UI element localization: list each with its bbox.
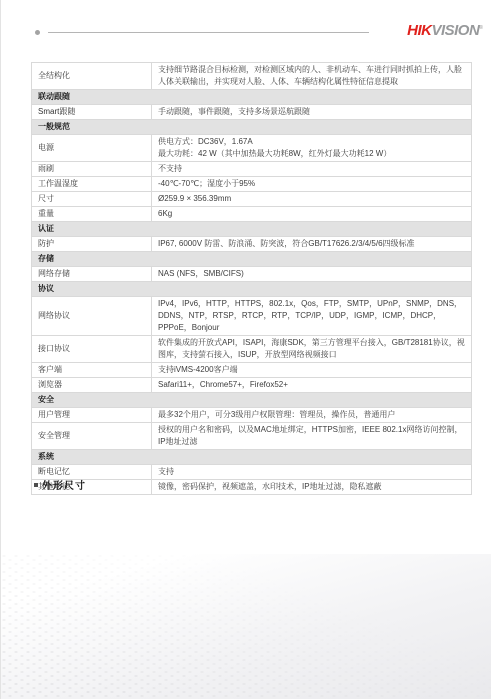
- spec-value: IP67, 6000V 防雷、防浪涌、防突波，符合GB/T17626.2/3/4…: [152, 237, 472, 252]
- section-row: 安全: [32, 393, 472, 408]
- spec-label: 重量: [32, 207, 152, 222]
- spec-label: 工作温湿度: [32, 177, 152, 192]
- spec-label: 电源: [32, 135, 152, 162]
- logo-vision-text: VISION: [431, 22, 479, 39]
- table-row: 其他功能镜像，密码保护，视频遮盖，水印技术，IP地址过滤，隐私遮蔽: [32, 480, 472, 495]
- table-row: 全结构化支持细节路混合目标检测，对检测区域内的人、非机动车、车进行同时抓拍上传，…: [32, 63, 472, 90]
- section-row: 存储: [32, 252, 472, 267]
- table-row: 电源供电方式：DC36V，1.67A 最大功耗：42 W（其中加热最大功耗8W，…: [32, 135, 472, 162]
- section-row: 联动跟随: [32, 90, 472, 105]
- table-row: 工作温湿度-40℃-70℃；湿度小于95%: [32, 177, 472, 192]
- spec-label: 防护: [32, 237, 152, 252]
- spec-value: 支持细节路混合目标检测，对检测区域内的人、非机动车、车进行同时抓拍上传，人脸人体…: [152, 63, 472, 90]
- spec-table-body: 全结构化支持细节路混合目标检测，对检测区域内的人、非机动车、车进行同时抓拍上传，…: [32, 63, 472, 495]
- table-row: 安全管理授权的用户名和密码，以及MAC地址绑定，HTTPS加密，IEEE 802…: [32, 423, 472, 450]
- spec-label: Smart跟随: [32, 105, 152, 120]
- table-row: 断电记忆支持: [32, 465, 472, 480]
- table-row: 雨刷不支持: [32, 162, 472, 177]
- spec-label: 网络存储: [32, 267, 152, 282]
- table-row: 尺寸Ø259.9 × 356.39mm: [32, 192, 472, 207]
- spec-value: 授权的用户名和密码，以及MAC地址绑定，HTTPS加密，IEEE 802.1x网…: [152, 423, 472, 450]
- table-row: 浏览器Safari11+，Chrome57+，Firefox52+: [32, 378, 472, 393]
- bullet-dot-icon: [35, 30, 40, 35]
- section-row: 协议: [32, 282, 472, 297]
- section-label: 联动跟随: [32, 90, 472, 105]
- registered-mark-icon: ®: [479, 25, 483, 31]
- table-row: 用户管理最多32个用户，可分3级用户权限管理：管理员，操作员，普通用户: [32, 408, 472, 423]
- spec-table: 全结构化支持细节路混合目标检测，对检测区域内的人、非机动车、车进行同时抓拍上传，…: [31, 62, 472, 495]
- spec-value: 支持iVMS-4200客户端: [152, 363, 472, 378]
- table-row: 重量6Kg: [32, 207, 472, 222]
- spec-label: 安全管理: [32, 423, 152, 450]
- spec-label: 浏览器: [32, 378, 152, 393]
- section-label: 协议: [32, 282, 472, 297]
- table-row: Smart跟随手动跟随，事件跟随，支持多场景巡航跟随: [32, 105, 472, 120]
- spec-label: 用户管理: [32, 408, 152, 423]
- hikvision-logo: HIKVISION®: [407, 22, 483, 39]
- section-label: 系统: [32, 450, 472, 465]
- section-heading: 外形尺寸: [34, 477, 86, 492]
- page-header: HIKVISION®: [1, 20, 491, 46]
- spec-value: NAS (NFS，SMB/CIFS): [152, 267, 472, 282]
- table-row: 防护IP67, 6000V 防雷、防浪涌、防突波，符合GB/T17626.2/3…: [32, 237, 472, 252]
- table-row: 接口协议软件集成的开放式API，ISAPI，海康SDK，第三方管理平台接入，GB…: [32, 336, 472, 363]
- spec-label: 雨刷: [32, 162, 152, 177]
- section-row: 系统: [32, 450, 472, 465]
- square-bullet-icon: [34, 483, 38, 487]
- spec-label: 尺寸: [32, 192, 152, 207]
- spec-label: 客户端: [32, 363, 152, 378]
- section-row: 一般规范: [32, 120, 472, 135]
- logo-hik-text: HIK: [407, 22, 431, 39]
- spec-label: 接口协议: [32, 336, 152, 363]
- table-row: 网络存储NAS (NFS，SMB/CIFS): [32, 267, 472, 282]
- section-label: 安全: [32, 393, 472, 408]
- header-divider-line: [48, 32, 369, 33]
- section-label: 认证: [32, 222, 472, 237]
- document-page: HIKVISION® 全结构化支持细节路混合目标检测，对检测区域内的人、非机动车…: [0, 0, 491, 699]
- spec-value: 不支持: [152, 162, 472, 177]
- spec-value: 手动跟随，事件跟随，支持多场景巡航跟随: [152, 105, 472, 120]
- spec-value: 软件集成的开放式API，ISAPI，海康SDK，第三方管理平台接入，GB/T28…: [152, 336, 472, 363]
- spec-value: 镜像，密码保护，视频遮盖，水印技术，IP地址过滤，隐私遮蔽: [152, 480, 472, 495]
- spec-label: 全结构化: [32, 63, 152, 90]
- halftone-dots-pattern: [1, 554, 491, 699]
- spec-value: 6Kg: [152, 207, 472, 222]
- section-heading-label: 外形尺寸: [42, 477, 86, 492]
- background-pattern: [1, 554, 491, 699]
- spec-value: 最多32个用户，可分3级用户权限管理：管理员，操作员，普通用户: [152, 408, 472, 423]
- spec-value: -40℃-70℃；湿度小于95%: [152, 177, 472, 192]
- section-row: 认证: [32, 222, 472, 237]
- spec-value: 供电方式：DC36V，1.67A 最大功耗：42 W（其中加热最大功耗8W，红外…: [152, 135, 472, 162]
- section-label: 存储: [32, 252, 472, 267]
- spec-value: 支持: [152, 465, 472, 480]
- table-row: 网络协议IPv4，IPv6，HTTP，HTTPS，802.1x，Qos，FTP，…: [32, 297, 472, 336]
- spec-value: Safari11+，Chrome57+，Firefox52+: [152, 378, 472, 393]
- section-label: 一般规范: [32, 120, 472, 135]
- spec-value: Ø259.9 × 356.39mm: [152, 192, 472, 207]
- table-row: 客户端支持iVMS-4200客户端: [32, 363, 472, 378]
- spec-value: IPv4，IPv6，HTTP，HTTPS，802.1x，Qos，FTP，SMTP…: [152, 297, 472, 336]
- spec-label: 网络协议: [32, 297, 152, 336]
